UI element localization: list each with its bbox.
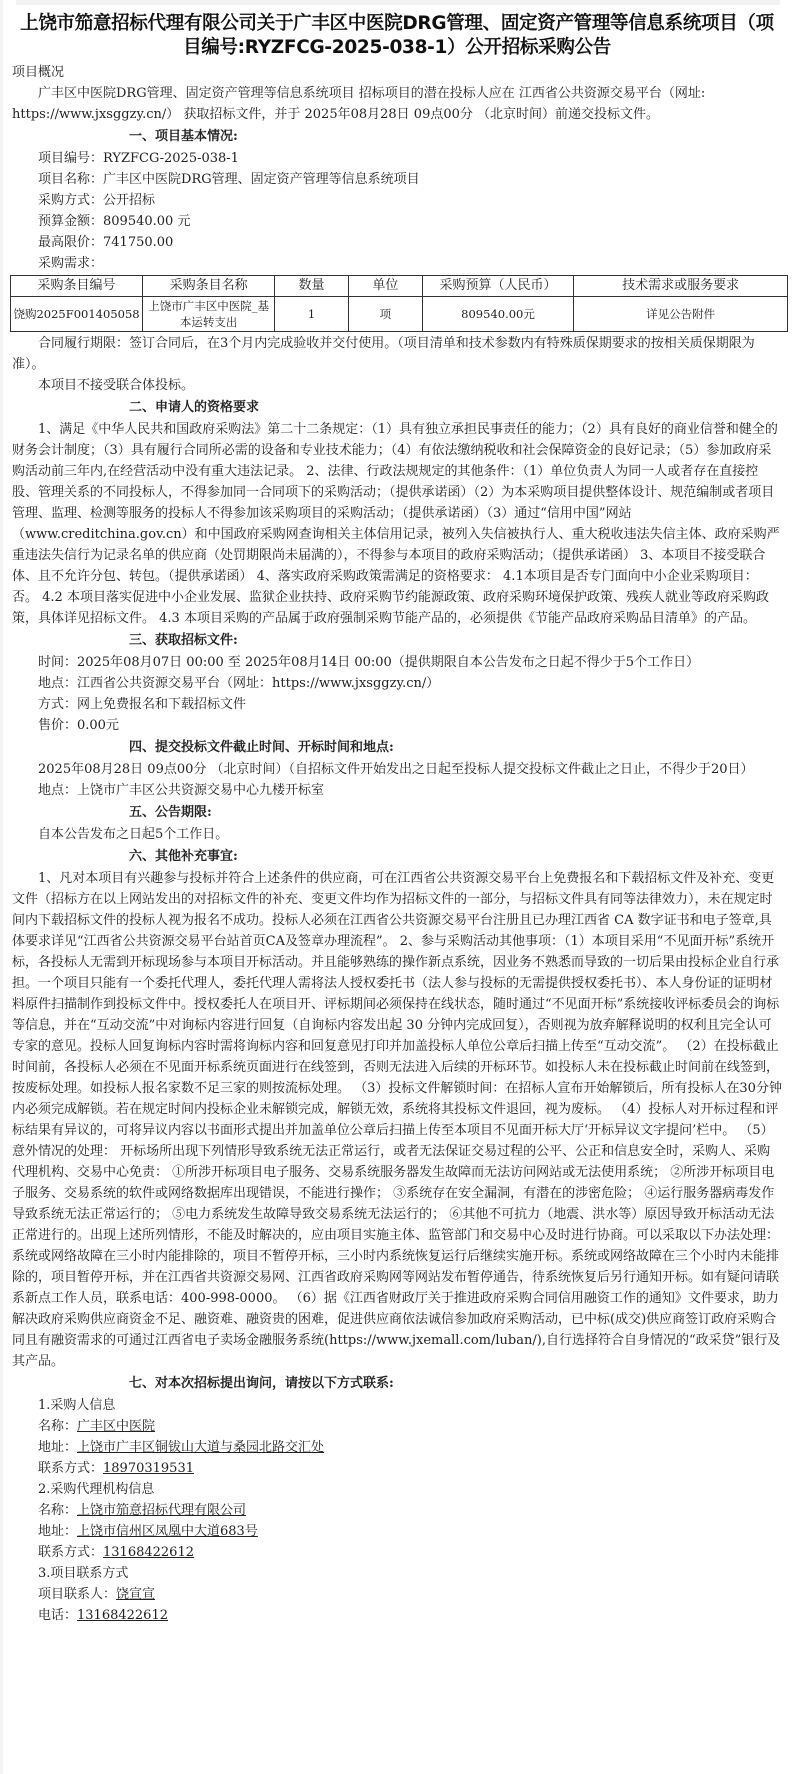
field-value: 广丰区中医院DRG管理、固定资产管理等信息系统项目 <box>103 172 420 187</box>
agency-phone: 13168422612 <box>103 1545 194 1560</box>
requirements-table: 采购条目编号 采购条目名称 数量 单位 采购预算（人民币） 技术需求或服务要求 … <box>10 275 788 332</box>
field-value: 公开招标 <box>103 193 155 208</box>
col-item-name: 采购条目名称 <box>143 276 275 297</box>
project-contact-phone-line: 电话：13168422612 <box>12 1605 782 1626</box>
field-label: 项目编号： <box>38 151 103 166</box>
page-title: 上饶市笳意招标代理有限公司关于广丰区中医院DRG管理、固定资产管理等信息系统项目… <box>12 12 782 60</box>
cell-item-name: 上饶市广丰区中医院_基本运转支出 <box>143 297 275 332</box>
section-7-heading: 七、对本次招标提出询问，请按以下方式联系: <box>12 1373 782 1394</box>
field-label: 名称： <box>38 1503 77 1518</box>
field-label: 项目名称： <box>38 172 103 187</box>
col-item-number: 采购条目编号 <box>11 276 143 297</box>
cell-budget: 809540.00元 <box>422 297 574 332</box>
field-value: 809540.00 元 <box>103 214 190 229</box>
bid-deadline: 2025年08月28日 09点00分 （北京时间）（自招标文件开始发出之日起至投… <box>12 759 782 780</box>
project-contact-person: 饶宣宣 <box>116 1587 155 1602</box>
overview-text: 广丰区中医院DRG管理、固定资产管理等信息系统项目 招标项目的潜在投标人应在 江… <box>12 83 782 125</box>
col-tech-requirements: 技术需求或服务要求 <box>574 276 788 297</box>
field-label: 项目联系人： <box>38 1587 116 1602</box>
agency-address: 上饶市信州区凤凰中大道683号 <box>77 1524 258 1539</box>
agency-phone-line: 联系方式：13168422612 <box>12 1542 782 1563</box>
field-label: 预算金额： <box>38 214 103 229</box>
field-project-number: 项目编号：RYZFCG-2025-038-1 <box>12 148 782 169</box>
section-2-heading: 二、申请人的资格要求 <box>12 397 782 418</box>
col-quantity: 数量 <box>275 276 349 297</box>
section-4-heading: 四、提交投标文件截止时间、开标时间和地点: <box>12 737 782 758</box>
field-label: 联系方式： <box>38 1461 103 1476</box>
field-label: 电话： <box>38 1608 77 1623</box>
agency-heading: 2.采购代理机构信息 <box>12 1479 782 1500</box>
table-header-row: 采购条目编号 采购条目名称 数量 单位 采购预算（人民币） 技术需求或服务要求 <box>11 276 788 297</box>
field-max-price: 最高限价：741750.00 <box>12 232 782 253</box>
cell-quantity: 1 <box>275 297 349 332</box>
field-label: 地址： <box>38 1440 77 1455</box>
field-label: 采购方式： <box>38 193 103 208</box>
agency-name: 上饶市笳意招标代理有限公司 <box>77 1503 246 1518</box>
cell-tech-requirements: 详见公告附件 <box>574 297 788 332</box>
cell-item-number: 饶购2025F001405058 <box>11 297 143 332</box>
project-contact-person-line: 项目联系人：饶宣宣 <box>12 1584 782 1605</box>
purchaser-name-line: 名称：广丰区中医院 <box>12 1416 782 1437</box>
page-left-border <box>0 0 3 1774</box>
purchaser-address: 上饶市广丰区铜钹山大道与桑园北路交汇处 <box>77 1440 324 1455</box>
section-6-heading: 六、其他补充事宜: <box>12 846 782 867</box>
bid-location: 地点：上饶市广丰区公共资源交易中心九楼开标室 <box>12 780 782 801</box>
field-label: 最高限价： <box>38 235 103 250</box>
agency-name-line: 名称：上饶市笳意招标代理有限公司 <box>12 1500 782 1521</box>
requirements-label: 采购需求： <box>12 253 782 274</box>
field-procurement-method: 采购方式：公开招标 <box>12 190 782 211</box>
field-label: 地址： <box>38 1524 77 1539</box>
field-label: 名称： <box>38 1419 77 1434</box>
field-label: 联系方式： <box>38 1545 103 1560</box>
qualification-requirements: 1、满足《中华人民共和国政府采购法》第二十二条规定：（1）具有独立承担民事责任的… <box>12 419 782 629</box>
obtain-time: 时间：2025年08月07日 00:00 至 2025年08月14日 00:00… <box>12 652 782 673</box>
consortium-note: 本项目不接受联合体投标。 <box>12 375 782 396</box>
purchaser-heading: 1.采购人信息 <box>12 1395 782 1416</box>
col-unit: 单位 <box>348 276 422 297</box>
supplementary-matters: 1、凡对本项目有兴趣参与投标并符合上述条件的供应商，可在江西省公共资源交易平台上… <box>12 868 782 1372</box>
overview-label: 项目概况 <box>12 62 782 83</box>
col-budget: 采购预算（人民币） <box>422 276 574 297</box>
announcement-article: 上饶市笳意招标代理有限公司关于广丰区中医院DRG管理、固定资产管理等信息系统项目… <box>12 8 782 1626</box>
purchaser-address-line: 地址：上饶市广丰区铜钹山大道与桑园北路交汇处 <box>12 1437 782 1458</box>
purchaser-phone-line: 联系方式：18970319531 <box>12 1458 782 1479</box>
announcement-period: 自本公告发布之日起5个工作日。 <box>12 824 782 845</box>
purchaser-phone: 18970319531 <box>103 1461 194 1476</box>
obtain-price: 售价：0.00元 <box>12 715 782 736</box>
agency-address-line: 地址：上饶市信州区凤凰中大道683号 <box>12 1521 782 1542</box>
project-contact-phone: 13168422612 <box>77 1608 168 1623</box>
cell-unit: 项 <box>348 297 422 332</box>
field-project-name: 项目名称：广丰区中医院DRG管理、固定资产管理等信息系统项目 <box>12 169 782 190</box>
obtain-method: 方式：网上免费报名和下载招标文件 <box>12 694 782 715</box>
contract-term: 合同履行期限：签订合同后，在3个月内完成验收并交付使用。（项目清单和技术参数内有… <box>12 333 782 375</box>
obtain-location: 地点：江西省公共资源交易平台（网址：https://www.jxsggzy.cn… <box>12 673 782 694</box>
project-contact-heading: 3.项目联系方式 <box>12 1563 782 1584</box>
section-1-heading: 一、项目基本情况: <box>12 126 782 147</box>
table-row: 饶购2025F001405058 上饶市广丰区中医院_基本运转支出 1 项 80… <box>11 297 788 332</box>
field-value: RYZFCG-2025-038-1 <box>103 151 239 166</box>
purchaser-name: 广丰区中医院 <box>77 1419 155 1434</box>
field-value: 741750.00 <box>103 235 173 250</box>
field-budget: 预算金额：809540.00 元 <box>12 211 782 232</box>
top-toolbar-strip <box>16 0 780 5</box>
section-5-heading: 五、公告期限: <box>12 802 782 823</box>
section-3-heading: 三、获取招标文件: <box>12 630 782 651</box>
